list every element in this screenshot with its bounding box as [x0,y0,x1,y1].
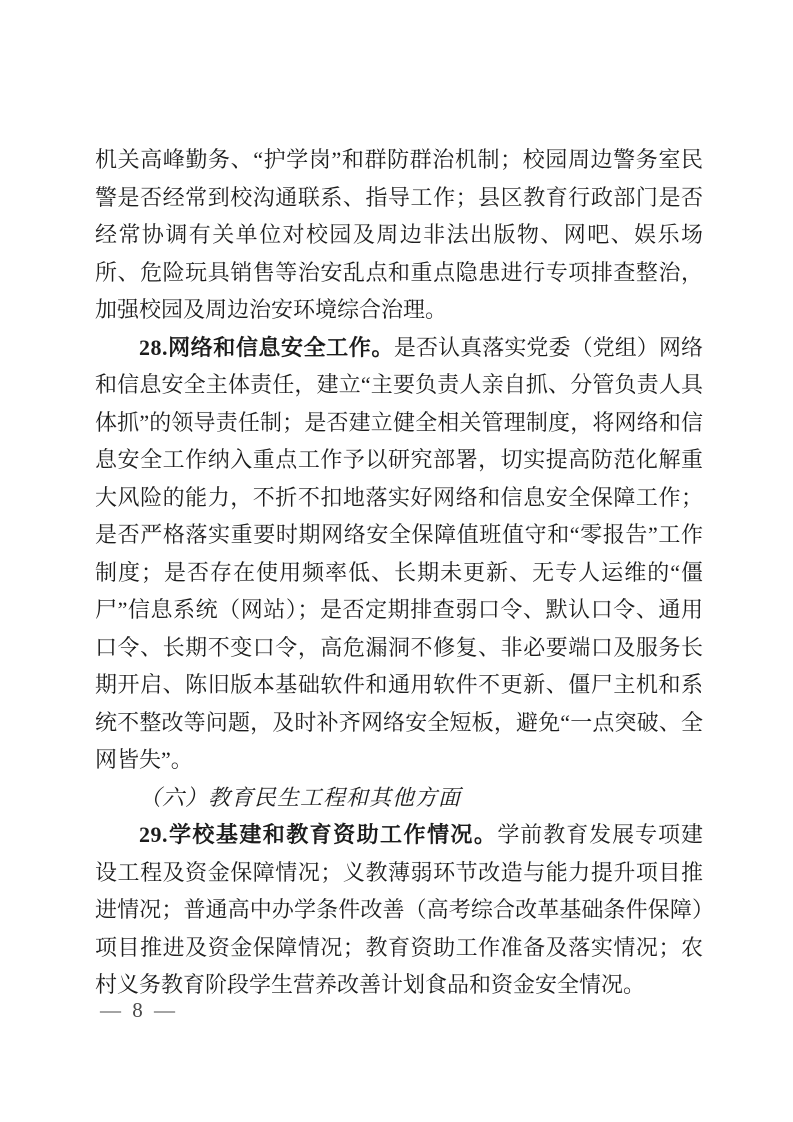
paragraph-continuation: 机关高峰勤务、“护学岗”和群防群治机制；校园周边警务室民警是否经常到校沟通联系、… [95,141,703,329]
paragraph-29-title: 29.学校基建和教育资助工作情况。 [139,822,497,847]
section-heading-six: （六）教育民生工程和其他方面 [95,779,703,817]
document-page: 机关高峰勤务、“护学岗”和群防群治机制；校园周边警务室民警是否经常到校沟通联系、… [0,0,793,1122]
paragraph-item-29: 29.学校基建和教育资助工作情况。学前教育发展专项建设工程及资金保障情况；义教薄… [95,816,703,1004]
paragraph-29-text: 学前教育发展专项建设工程及资金保障情况；义教薄弱环节改造与能力提升项目推进情况；… [95,822,703,997]
paragraph-28-text: 是否认真落实党委（党组）网络和信息安全主体责任，建立“主要负责人亲自抓、分管负责… [95,335,703,773]
document-body: 机关高峰勤务、“护学岗”和群防群治机制；校园周边警务室民警是否经常到校沟通联系、… [95,141,703,1004]
paragraph-item-28: 28.网络和信息安全工作。是否认真落实党委（党组）网络和信息安全主体责任，建立“… [95,329,703,779]
page-number: — 8 — [100,998,178,1023]
paragraph-28-title: 28.网络和信息安全工作。 [139,335,394,360]
